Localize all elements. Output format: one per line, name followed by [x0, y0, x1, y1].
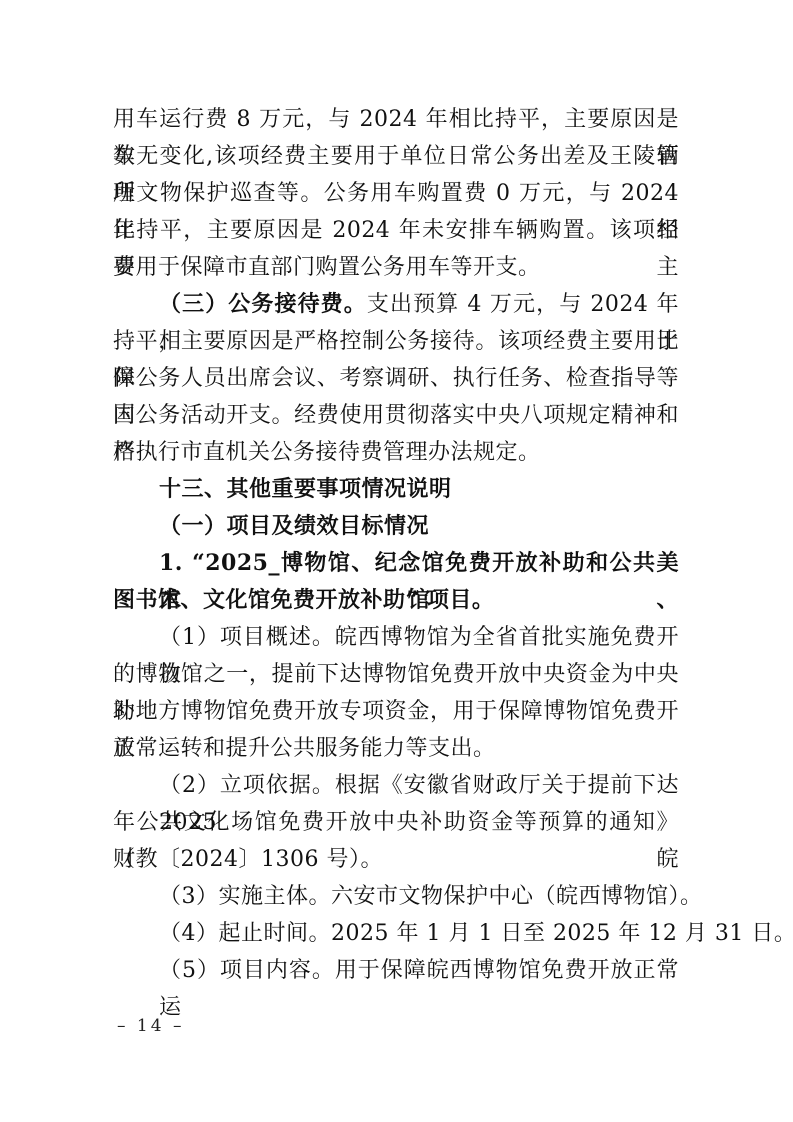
text-line: （1）项目概述。皖西博物馆为全省首批实施免费开放 — [113, 619, 679, 656]
text-line: 的博物馆之一，提前下达博物馆免费开放中央资金为中央补 — [113, 656, 679, 693]
bold-text-run: （一）项目及绩效目标情况 — [159, 513, 429, 539]
document-body: 用车运行费 8 万元，与 2024 年相比持平，主要原因是车辆数无变化,该项经费… — [113, 101, 679, 989]
text-run: （5）项目内容。用于保障皖西博物馆免费开放正常运 — [159, 958, 679, 1020]
text-line: 比持平，主要原因是 2024 年未安排车辆购置。该项经费主 — [113, 212, 679, 249]
text-line: 年公共文化场馆免费开放中央补助资金等预算的通知》（皖 — [113, 804, 679, 841]
bold-text-run: 十三、其他重要事项情况说明 — [159, 476, 452, 502]
text-line: 十三、其他重要事项情况说明 — [113, 471, 679, 508]
text-run: （4）起止时间。2025 年 1 月 1 日至 2025 年 12 月 31 日… — [159, 921, 793, 946]
document-page: 用车运行费 8 万元，与 2024 年相比持平，主要原因是车辆数无变化,该项经费… — [0, 0, 793, 1122]
text-line: 正常运转和提升公共服务能力等支出。 — [113, 730, 679, 767]
text-run: 正常运转和提升公共服务能力等支出。 — [113, 736, 496, 761]
text-line: （3）实施主体。六安市文物保护中心（皖西博物馆）。 — [113, 878, 679, 915]
text-line: 所文物保护巡查等。公务用车购置费 0 万元，与 2024 年相 — [113, 175, 679, 212]
text-run: （3）实施主体。六安市文物保护中心（皖西博物馆）。 — [159, 884, 703, 909]
bold-text-run: 图书馆、文化馆免费开放补助” 项目。 — [113, 587, 494, 613]
text-line: 1. “2025_博物馆、纪念馆免费开放补助和公共美术馆、 — [113, 545, 679, 582]
text-line: 用车运行费 8 万元，与 2024 年相比持平，主要原因是车辆 — [113, 101, 679, 138]
text-line: （一）项目及绩效目标情况 — [113, 508, 679, 545]
text-line: （2）立项依据。根据《安徽省财政厅关于提前下达 2025 — [113, 767, 679, 804]
bold-text-run: （三）公务接待费。 — [159, 291, 367, 317]
text-line: 持平，主要原因是严格控制公务接待。该项经费主要用于保 — [113, 323, 679, 360]
text-run: 要用于保障市直部门购置公务用车等开支。 — [113, 255, 541, 280]
text-line: 内公务活动开支。经费使用贯彻落实中央八项规定精神和严 — [113, 397, 679, 434]
text-run: 财教〔2024〕1306 号）。 — [113, 847, 383, 872]
page-number: – 14 – — [117, 1014, 184, 1038]
text-line: （4）起止时间。2025 年 1 月 1 日至 2025 年 12 月 31 日… — [113, 915, 679, 952]
text-line: 数无变化,该项经费主要用于单位日常公务出差及王陵管理 — [113, 138, 679, 175]
text-run: 格执行市直机关公务接待费管理办法规定。 — [113, 440, 541, 465]
text-line: （三）公务接待费。支出预算 4 万元，与 2024 年相比 — [113, 286, 679, 323]
text-line: （5）项目内容。用于保障皖西博物馆免费开放正常运 — [113, 952, 679, 989]
text-line: 格执行市直机关公务接待费管理办法规定。 — [113, 434, 679, 471]
text-line: 助地方博物馆免费开放专项资金，用于保障博物馆免费开放 — [113, 693, 679, 730]
text-line: 障公务人员出席会议、考察调研、执行任务、检查指导等国 — [113, 360, 679, 397]
